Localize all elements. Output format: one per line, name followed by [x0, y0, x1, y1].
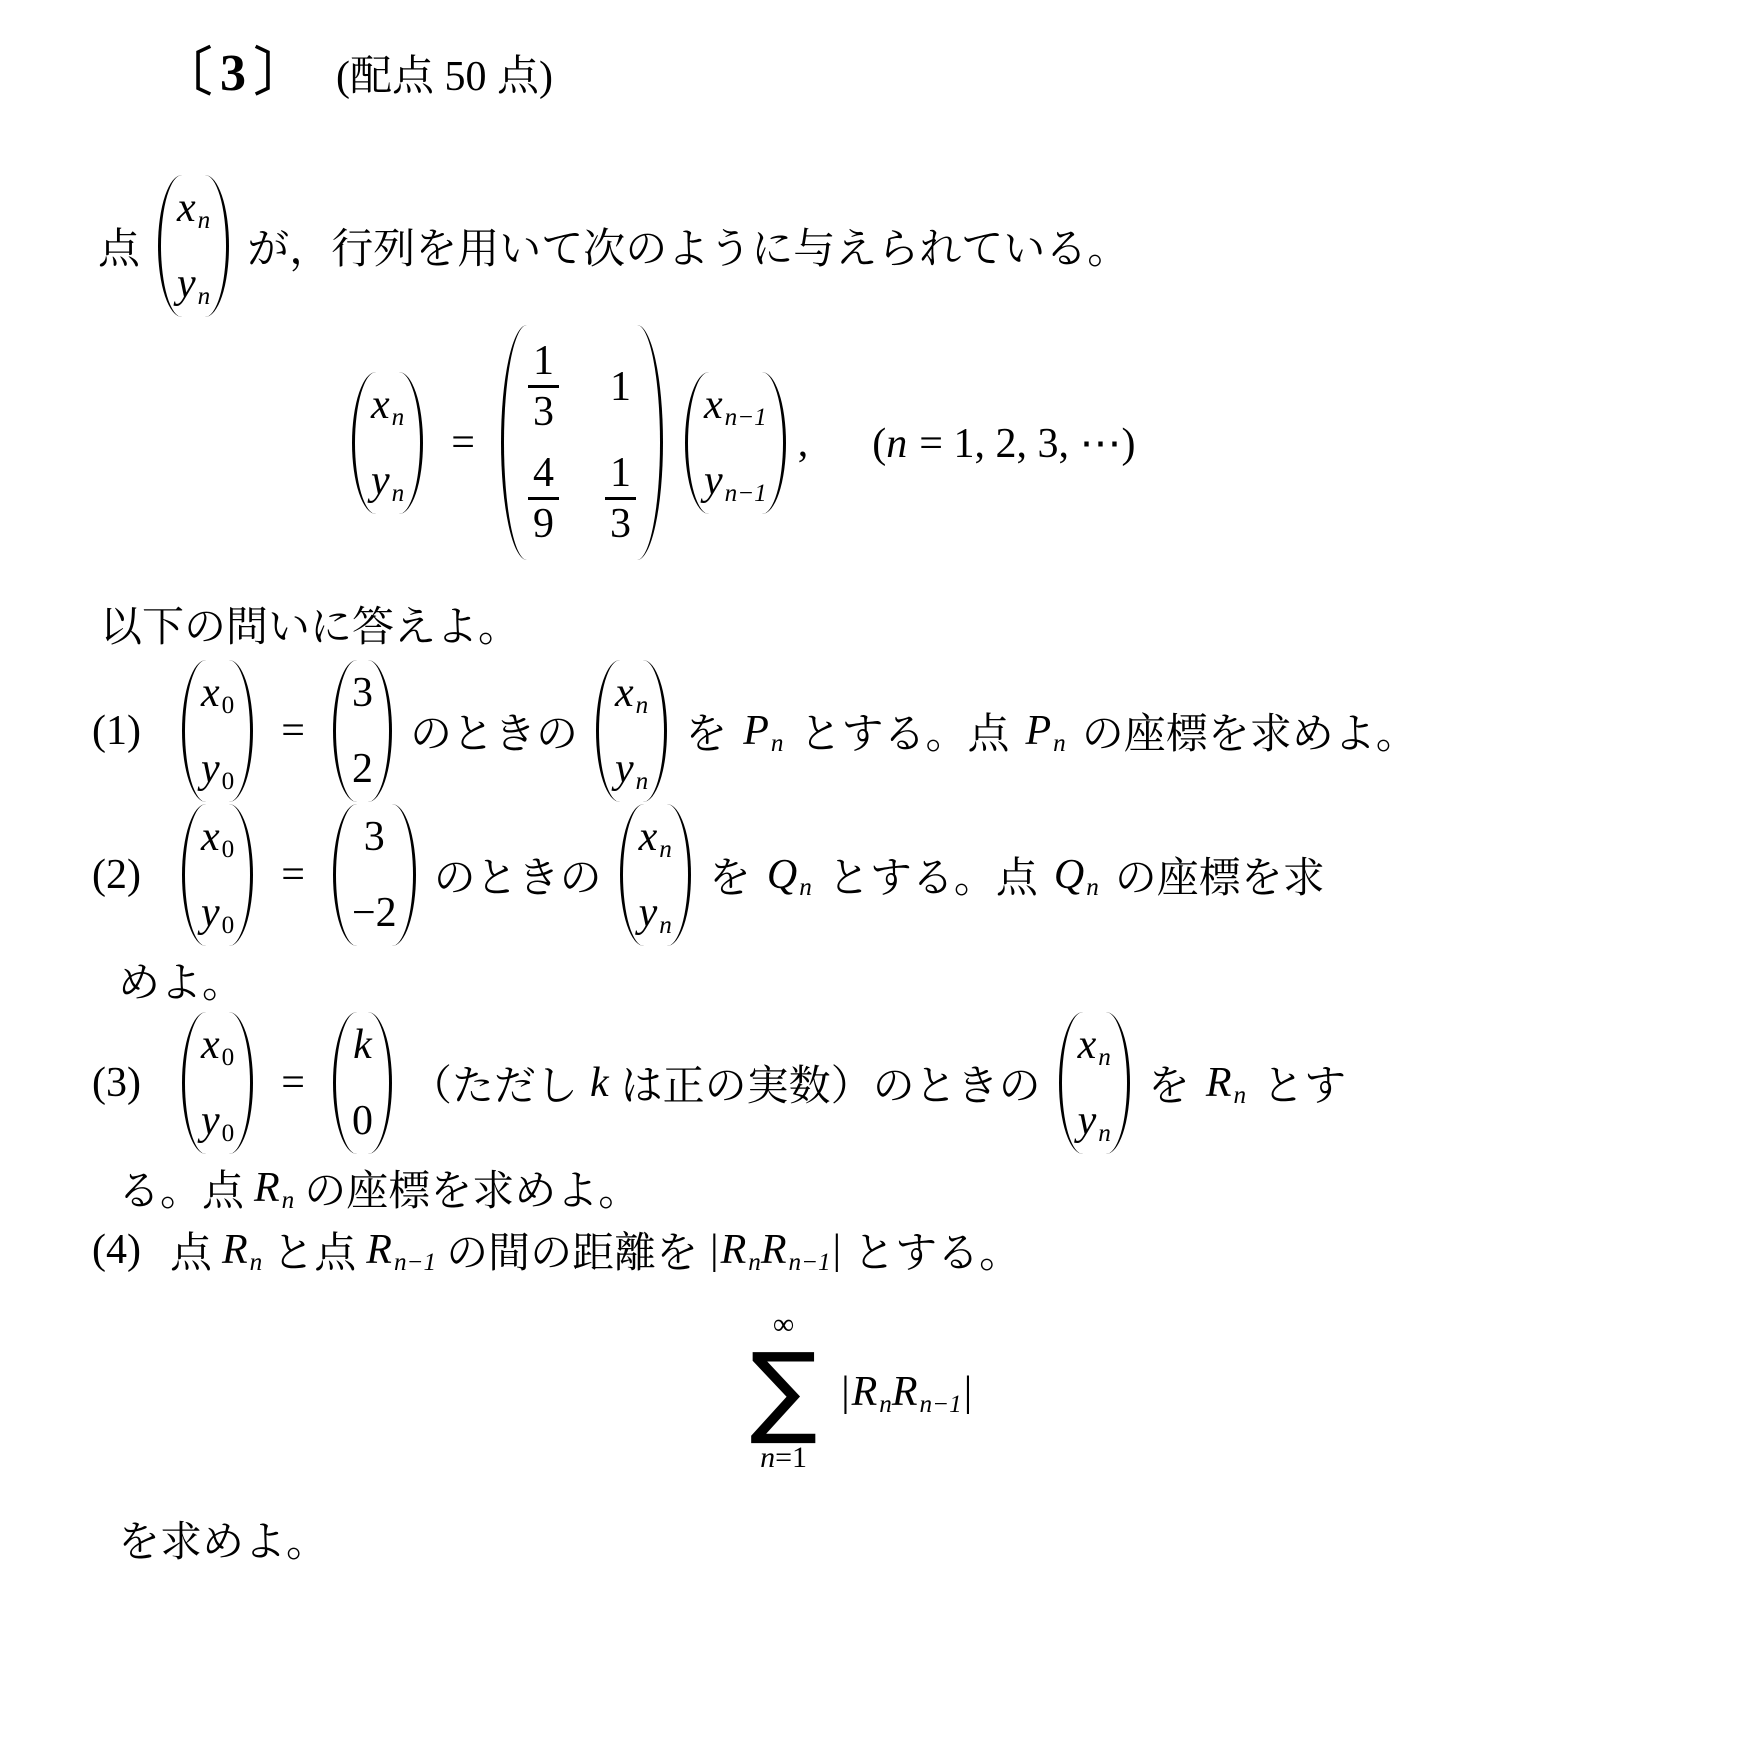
vector-column: xn yn: [352, 372, 423, 514]
vector-entry: y0: [201, 892, 234, 934]
math-sub: n: [282, 1187, 295, 1214]
index-condition: (n= 1, 2, 3, ⋯): [872, 418, 1135, 468]
math-var: y: [177, 261, 196, 307]
math-sub: n: [1098, 1120, 1111, 1147]
vector-xn-yn: xn yn: [1059, 1012, 1130, 1154]
vector-xn-yn: xn yn: [596, 660, 667, 802]
math-var: R: [366, 1227, 392, 1273]
math-sub: n: [879, 1391, 892, 1418]
math-var: R: [254, 1165, 280, 1211]
text-run: る。点: [118, 1158, 244, 1218]
sigma-icon: ∑: [750, 1342, 817, 1437]
vector-entry: y0: [201, 748, 234, 790]
vector-entry: xn: [615, 672, 648, 714]
vector-entry: yn: [371, 460, 404, 502]
recurrence-equation: xn yn = 13 1 49 13 xn−1 yn−1 , (n= 1, 2,…: [340, 325, 1682, 560]
lead-sentence: 以下の問いに答えよ。: [100, 594, 1682, 654]
vector-column: xn−1 yn−1: [685, 372, 786, 514]
vector-entry: −2: [352, 892, 397, 934]
question-2-line: (2) x0 y0 = 3 −2 のときの xn yn: [92, 804, 1682, 946]
fraction-1-3: 13: [528, 337, 559, 437]
problem-number-text: 3: [220, 45, 246, 102]
vector-column: k 0: [333, 1012, 392, 1154]
math-var: y: [201, 746, 220, 792]
vector-entry: k: [353, 1024, 372, 1066]
text-run: と点: [272, 1220, 356, 1280]
numerator: 1: [605, 449, 636, 497]
intro-prefix: 点: [98, 216, 140, 276]
condition-values: = 1, 2, 3, ⋯: [919, 421, 1121, 467]
math-sub: n: [1234, 1082, 1247, 1109]
text-run: （ただし: [410, 1053, 578, 1113]
math-sub: n: [748, 1249, 761, 1276]
math-var: P: [1025, 708, 1051, 754]
distance-RnRn1: |RnRn−1|: [708, 1226, 843, 1274]
denominator: 3: [528, 385, 559, 436]
item-label: (2): [92, 851, 170, 899]
math-sub: n: [771, 730, 784, 757]
vector-entry: 0: [352, 1100, 373, 1142]
bracket-close: 〕: [254, 45, 306, 102]
math-var-k: k: [590, 1059, 609, 1107]
text-run: のときの: [410, 701, 578, 761]
math-var: x: [615, 670, 634, 716]
math-var: R: [892, 1369, 918, 1415]
intro-paragraph: 点 xn yn が，行列を用いて次のように与えられている。: [92, 175, 1682, 317]
math-sub: n: [1053, 730, 1066, 757]
text-run: の座標を求めよ。: [1082, 701, 1418, 761]
point-Rn: Rn: [254, 1164, 294, 1212]
vector-entry: yn: [615, 748, 648, 790]
math-var: R: [761, 1227, 787, 1273]
vector-xn-yn: xn yn: [352, 372, 423, 514]
vector-entry: xn: [639, 816, 672, 858]
matrix-entry: 1: [610, 363, 631, 411]
math-sub: n: [250, 1249, 263, 1276]
lower-limit: n=1: [760, 1443, 807, 1473]
math-var: n: [760, 1441, 775, 1474]
text-run: の座標を求: [1115, 845, 1325, 905]
math-sub: n: [198, 283, 211, 310]
math-sub: n−1: [788, 1249, 830, 1276]
points-label: (配点 50 点): [336, 43, 553, 103]
point-Rn1: Rn−1: [366, 1226, 436, 1274]
vector-entry: x0: [201, 672, 234, 714]
math-sub: n: [198, 207, 211, 234]
math-var: y: [1078, 1098, 1097, 1144]
math-var: x: [201, 1022, 220, 1068]
math-var: y: [201, 890, 220, 936]
text-run: を: [709, 845, 751, 905]
text-run: とする。点: [828, 845, 1038, 905]
vector-xn-yn: xn yn: [158, 175, 229, 317]
math-var: x: [201, 670, 220, 716]
vector-entry: x0: [201, 1024, 234, 1066]
text-run: を: [1148, 1053, 1190, 1113]
math-sub: n: [636, 768, 649, 795]
abs-bar: |: [831, 1227, 843, 1273]
math-var: x: [704, 382, 723, 428]
vector-entry: xn: [177, 187, 210, 229]
vector-column: x0 y0: [182, 660, 253, 802]
question-2-continuation: めよ。: [118, 950, 1682, 1010]
math-sub: 0: [222, 836, 235, 863]
question-3-line: (3) x0 y0 = k 0 （ただし k は正の実数）のときの xn: [92, 1012, 1682, 1154]
vector-entry: y0: [201, 1100, 234, 1142]
vector-entry: 3: [352, 672, 373, 714]
question-4-tail: を求めよ。: [118, 1509, 1682, 1569]
math-var: R: [852, 1369, 878, 1415]
vector-entry: xn: [1078, 1024, 1111, 1066]
vector-column: xn yn: [158, 175, 229, 317]
summation-symbol: ∞ ∑ n=1: [750, 1310, 817, 1473]
math-var: x: [201, 814, 220, 860]
math-sub: n: [1086, 874, 1099, 901]
point-Qn: Qn: [1054, 851, 1099, 899]
math-sub: n: [1098, 1044, 1111, 1071]
lower-limit-value: =1: [775, 1441, 807, 1474]
coefficient-matrix: 13 1 49 13: [501, 325, 663, 560]
text-run: の間の距離を: [446, 1220, 698, 1280]
item-label: (4): [92, 1226, 170, 1274]
text-run: とする。点: [799, 701, 1009, 761]
abs-bar: |: [708, 1227, 720, 1273]
vector-column: xn yn: [620, 804, 691, 946]
question-2: (2) x0 y0 = 3 −2 のときの xn yn: [92, 804, 1682, 1010]
math-var: R: [721, 1227, 747, 1273]
fraction-1-3: 13: [605, 449, 636, 549]
math-var: x: [371, 382, 390, 428]
math-sub: n−1: [394, 1249, 436, 1276]
exam-page: 〔3〕 (配点 50 点) 点 xn yn が，行列を用いて次のように与えられて…: [0, 0, 1738, 1569]
equals-sign: =: [281, 851, 305, 899]
numerator: 1: [528, 337, 559, 385]
vector-column: x0 y0: [182, 804, 253, 946]
math-sub: n−1: [725, 404, 767, 431]
vector-3-neg2: 3 −2: [333, 804, 416, 946]
denominator: 3: [605, 497, 636, 548]
math-sub: 0: [222, 1120, 235, 1147]
math-sub: n: [392, 404, 405, 431]
bracket-open: 〔: [160, 45, 212, 102]
distance-RnRn1: |RnRn−1|: [839, 1368, 974, 1416]
vector-x0-y0: x0 y0: [182, 660, 253, 802]
math-sub: 0: [222, 692, 235, 719]
problem-number: 〔3〕: [156, 30, 310, 105]
vector-xn1-yn1: xn−1 yn−1: [685, 372, 786, 514]
vector-column: xn yn: [596, 660, 667, 802]
intro-text: が，行列を用いて次のように与えられている。: [247, 216, 1129, 276]
vector-entry: 2: [352, 748, 373, 790]
math-var: x: [177, 185, 196, 231]
math-sub: n: [659, 912, 672, 939]
text-run: の座標を求めよ。: [304, 1158, 640, 1218]
vector-3-2: 3 2: [333, 660, 392, 802]
vector-column: xn yn: [1059, 1012, 1130, 1154]
vector-x0-y0: x0 y0: [182, 804, 253, 946]
vector-entry: 3: [364, 816, 385, 858]
vector-k-0: k 0: [333, 1012, 392, 1154]
math-var: y: [639, 890, 658, 936]
vector-x0-y0: x0 y0: [182, 1012, 253, 1154]
math-var: y: [615, 746, 634, 792]
math-var: y: [201, 1098, 220, 1144]
denominator: 9: [528, 497, 559, 548]
equals-sign: =: [451, 419, 475, 467]
math-var: y: [704, 458, 723, 504]
text-run: 点: [170, 1220, 212, 1280]
vector-column: 3 2: [333, 660, 392, 802]
vector-entry: yn−1: [704, 460, 767, 502]
paren-close: ): [1121, 421, 1135, 467]
equals-sign: =: [281, 707, 305, 755]
paren-open: (: [872, 421, 886, 467]
comma: ,: [798, 419, 809, 467]
math-sub: 0: [222, 768, 235, 795]
item-label: (1): [92, 707, 170, 755]
problem-header: 〔3〕 (配点 50 点): [156, 30, 1682, 105]
point-Qn: Qn: [767, 851, 812, 899]
math-var: R: [222, 1227, 248, 1273]
vector-entry: yn: [177, 263, 210, 305]
text-run: のときの: [434, 845, 602, 905]
vector-entry: x0: [201, 816, 234, 858]
math-var: x: [1078, 1022, 1097, 1068]
point-Pn: Pn: [1025, 707, 1065, 755]
math-sub: 0: [222, 912, 235, 939]
abs-bar: |: [839, 1369, 851, 1415]
numerator: 4: [528, 449, 559, 497]
question-3: (3) x0 y0 = k 0 （ただし k は正の実数）のときの xn: [92, 1012, 1682, 1218]
text-run: とす: [1262, 1053, 1346, 1113]
text-run: は正の実数）のときの: [621, 1053, 1041, 1113]
math-sub: n: [636, 692, 649, 719]
vector-entry: xn: [371, 384, 404, 426]
point-Rn: Rn: [1206, 1059, 1246, 1107]
vector-xn-yn: xn yn: [620, 804, 691, 946]
math-var: Q: [1054, 852, 1084, 898]
math-sub: n: [659, 836, 672, 863]
math-sub: n: [799, 874, 812, 901]
math-var: y: [371, 458, 390, 504]
vector-entry: yn: [639, 892, 672, 934]
summation-display: ∞ ∑ n=1 |RnRn−1|: [92, 1310, 1642, 1473]
abs-bar: |: [962, 1369, 974, 1415]
math-var: R: [1206, 1060, 1232, 1106]
math-var: P: [743, 708, 769, 754]
question-1: (1) x0 y0 = 3 2 のときの xn yn: [92, 660, 1682, 802]
math-var: x: [639, 814, 658, 860]
text-run: とする。: [853, 1220, 1021, 1280]
question-4: (4) 点 Rn と点 Rn−1 の間の距離を |RnRn−1| とする。 ∞ …: [92, 1220, 1682, 1569]
question-4-line: (4) 点 Rn と点 Rn−1 の間の距離を |RnRn−1| とする。: [92, 1220, 1682, 1280]
math-var: Q: [767, 852, 797, 898]
math-sub: n: [392, 480, 405, 507]
math-sub: n−1: [920, 1391, 962, 1418]
point-Rn: Rn: [222, 1226, 262, 1274]
math-sub: n−1: [725, 480, 767, 507]
question-3-continuation: る。点 Rn の座標を求めよ。: [118, 1158, 1682, 1218]
math-sub: 0: [222, 1044, 235, 1071]
vector-column: x0 y0: [182, 1012, 253, 1154]
math-var: n: [886, 421, 907, 467]
fraction-4-9: 49: [528, 449, 559, 549]
vector-entry: xn−1: [704, 384, 767, 426]
text-run: を: [685, 701, 727, 761]
item-label: (3): [92, 1059, 170, 1107]
vector-column: 3 −2: [333, 804, 416, 946]
vector-entry: yn: [1078, 1100, 1111, 1142]
equals-sign: =: [281, 1059, 305, 1107]
point-Pn: Pn: [743, 707, 783, 755]
question-1-line: (1) x0 y0 = 3 2 のときの xn yn: [92, 660, 1682, 802]
